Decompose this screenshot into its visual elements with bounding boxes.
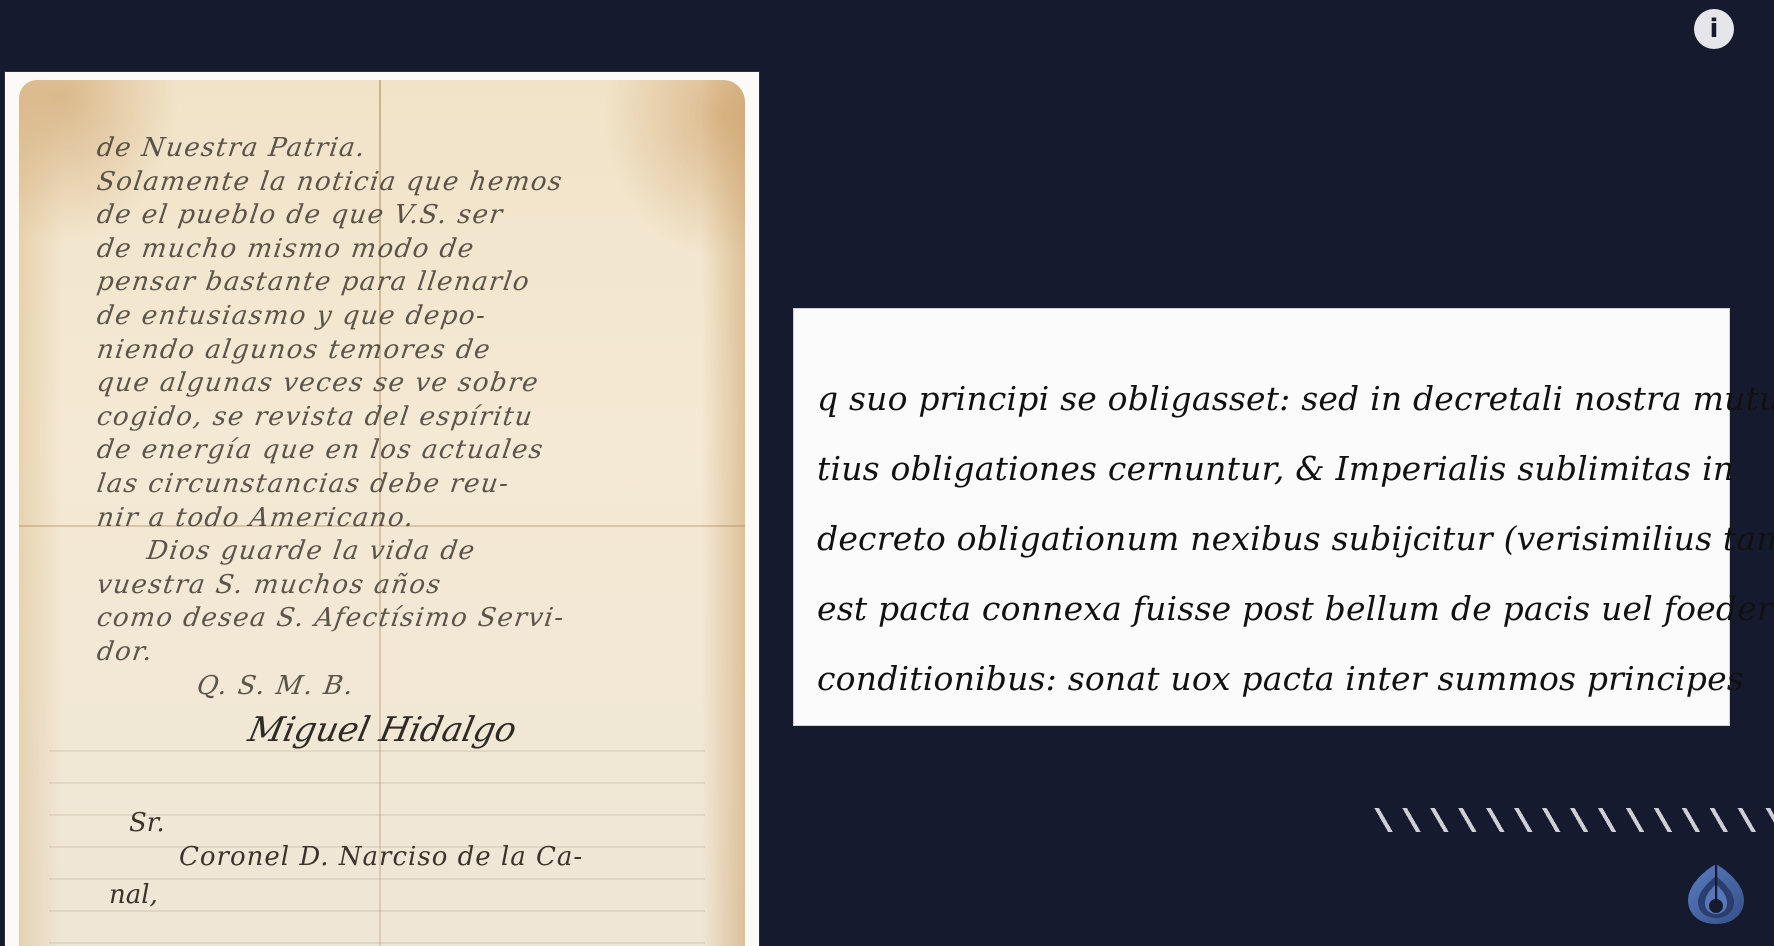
manuscript-line: Solamente la noticia que hemos [95, 166, 728, 200]
manuscript-line: dor. [95, 636, 728, 670]
info-icon: i [1710, 16, 1719, 42]
manuscript-image-left: de Nuestra Patria. Solamente la noticia … [5, 72, 759, 946]
manuscript-line: de mucho mismo modo de [95, 233, 728, 267]
manuscript-line: Dios guarde la vida de [95, 535, 728, 569]
manuscript-address-prefix: Sr. [129, 808, 165, 838]
manuscript-line: niendo algunos temores de [95, 334, 728, 368]
latin-line: decreto obligationum nexibus subijcitur … [817, 504, 1710, 574]
latin-line: q suo principi se obligasset: sed in dec… [817, 364, 1710, 434]
manuscript-address-line: Coronel D. Narciso de la Ca- [179, 842, 583, 872]
manuscript-line: las circunstancias debe reu- [95, 468, 728, 502]
manuscript-text: de Nuestra Patria. Solamente la noticia … [97, 132, 725, 703]
manuscript-line: de energía que en los actuales [95, 434, 728, 468]
manuscript-line: nir a todo Americano. [95, 502, 728, 536]
parchment-sheet: de Nuestra Patria. Solamente la noticia … [19, 80, 745, 946]
manuscript-initials: Q. S. M. B. [95, 670, 728, 704]
latin-text: q suo principi se obligasset: sed in dec… [817, 364, 1710, 714]
info-button[interactable]: i [1694, 9, 1734, 49]
latin-line: tius obligationes cernuntur, & Imperiali… [817, 434, 1710, 504]
manuscript-line: vuestra S. muchos años [95, 569, 728, 603]
manuscript-line: que algunas veces se ve sobre [95, 367, 728, 401]
manuscript-line: de Nuestra Patria. [95, 132, 728, 166]
manuscript-line: de entusiasmo y que depo- [95, 300, 728, 334]
manuscript-signature: Miguel Hidalgo [245, 710, 520, 750]
latin-line: est pacta connexa fuisse post bellum de … [817, 574, 1710, 644]
latin-script-image: q suo principi se obligasset: sed in dec… [793, 308, 1730, 726]
manuscript-line: de el pueblo de que V.S. ser [95, 199, 728, 233]
broadcaster-logo-icon [1684, 862, 1748, 926]
manuscript-line: cogido, se revista del espíritu [95, 401, 728, 435]
manuscript-address-end: nal, [109, 880, 158, 910]
latin-line: conditionibus: sonat uox pacta inter sum… [817, 644, 1710, 714]
manuscript-line: pensar bastante para llenarlo [95, 266, 728, 300]
manuscript-line: como desea S. Afectísimo Servi- [95, 602, 728, 636]
decorative-stripes [1372, 808, 1774, 832]
